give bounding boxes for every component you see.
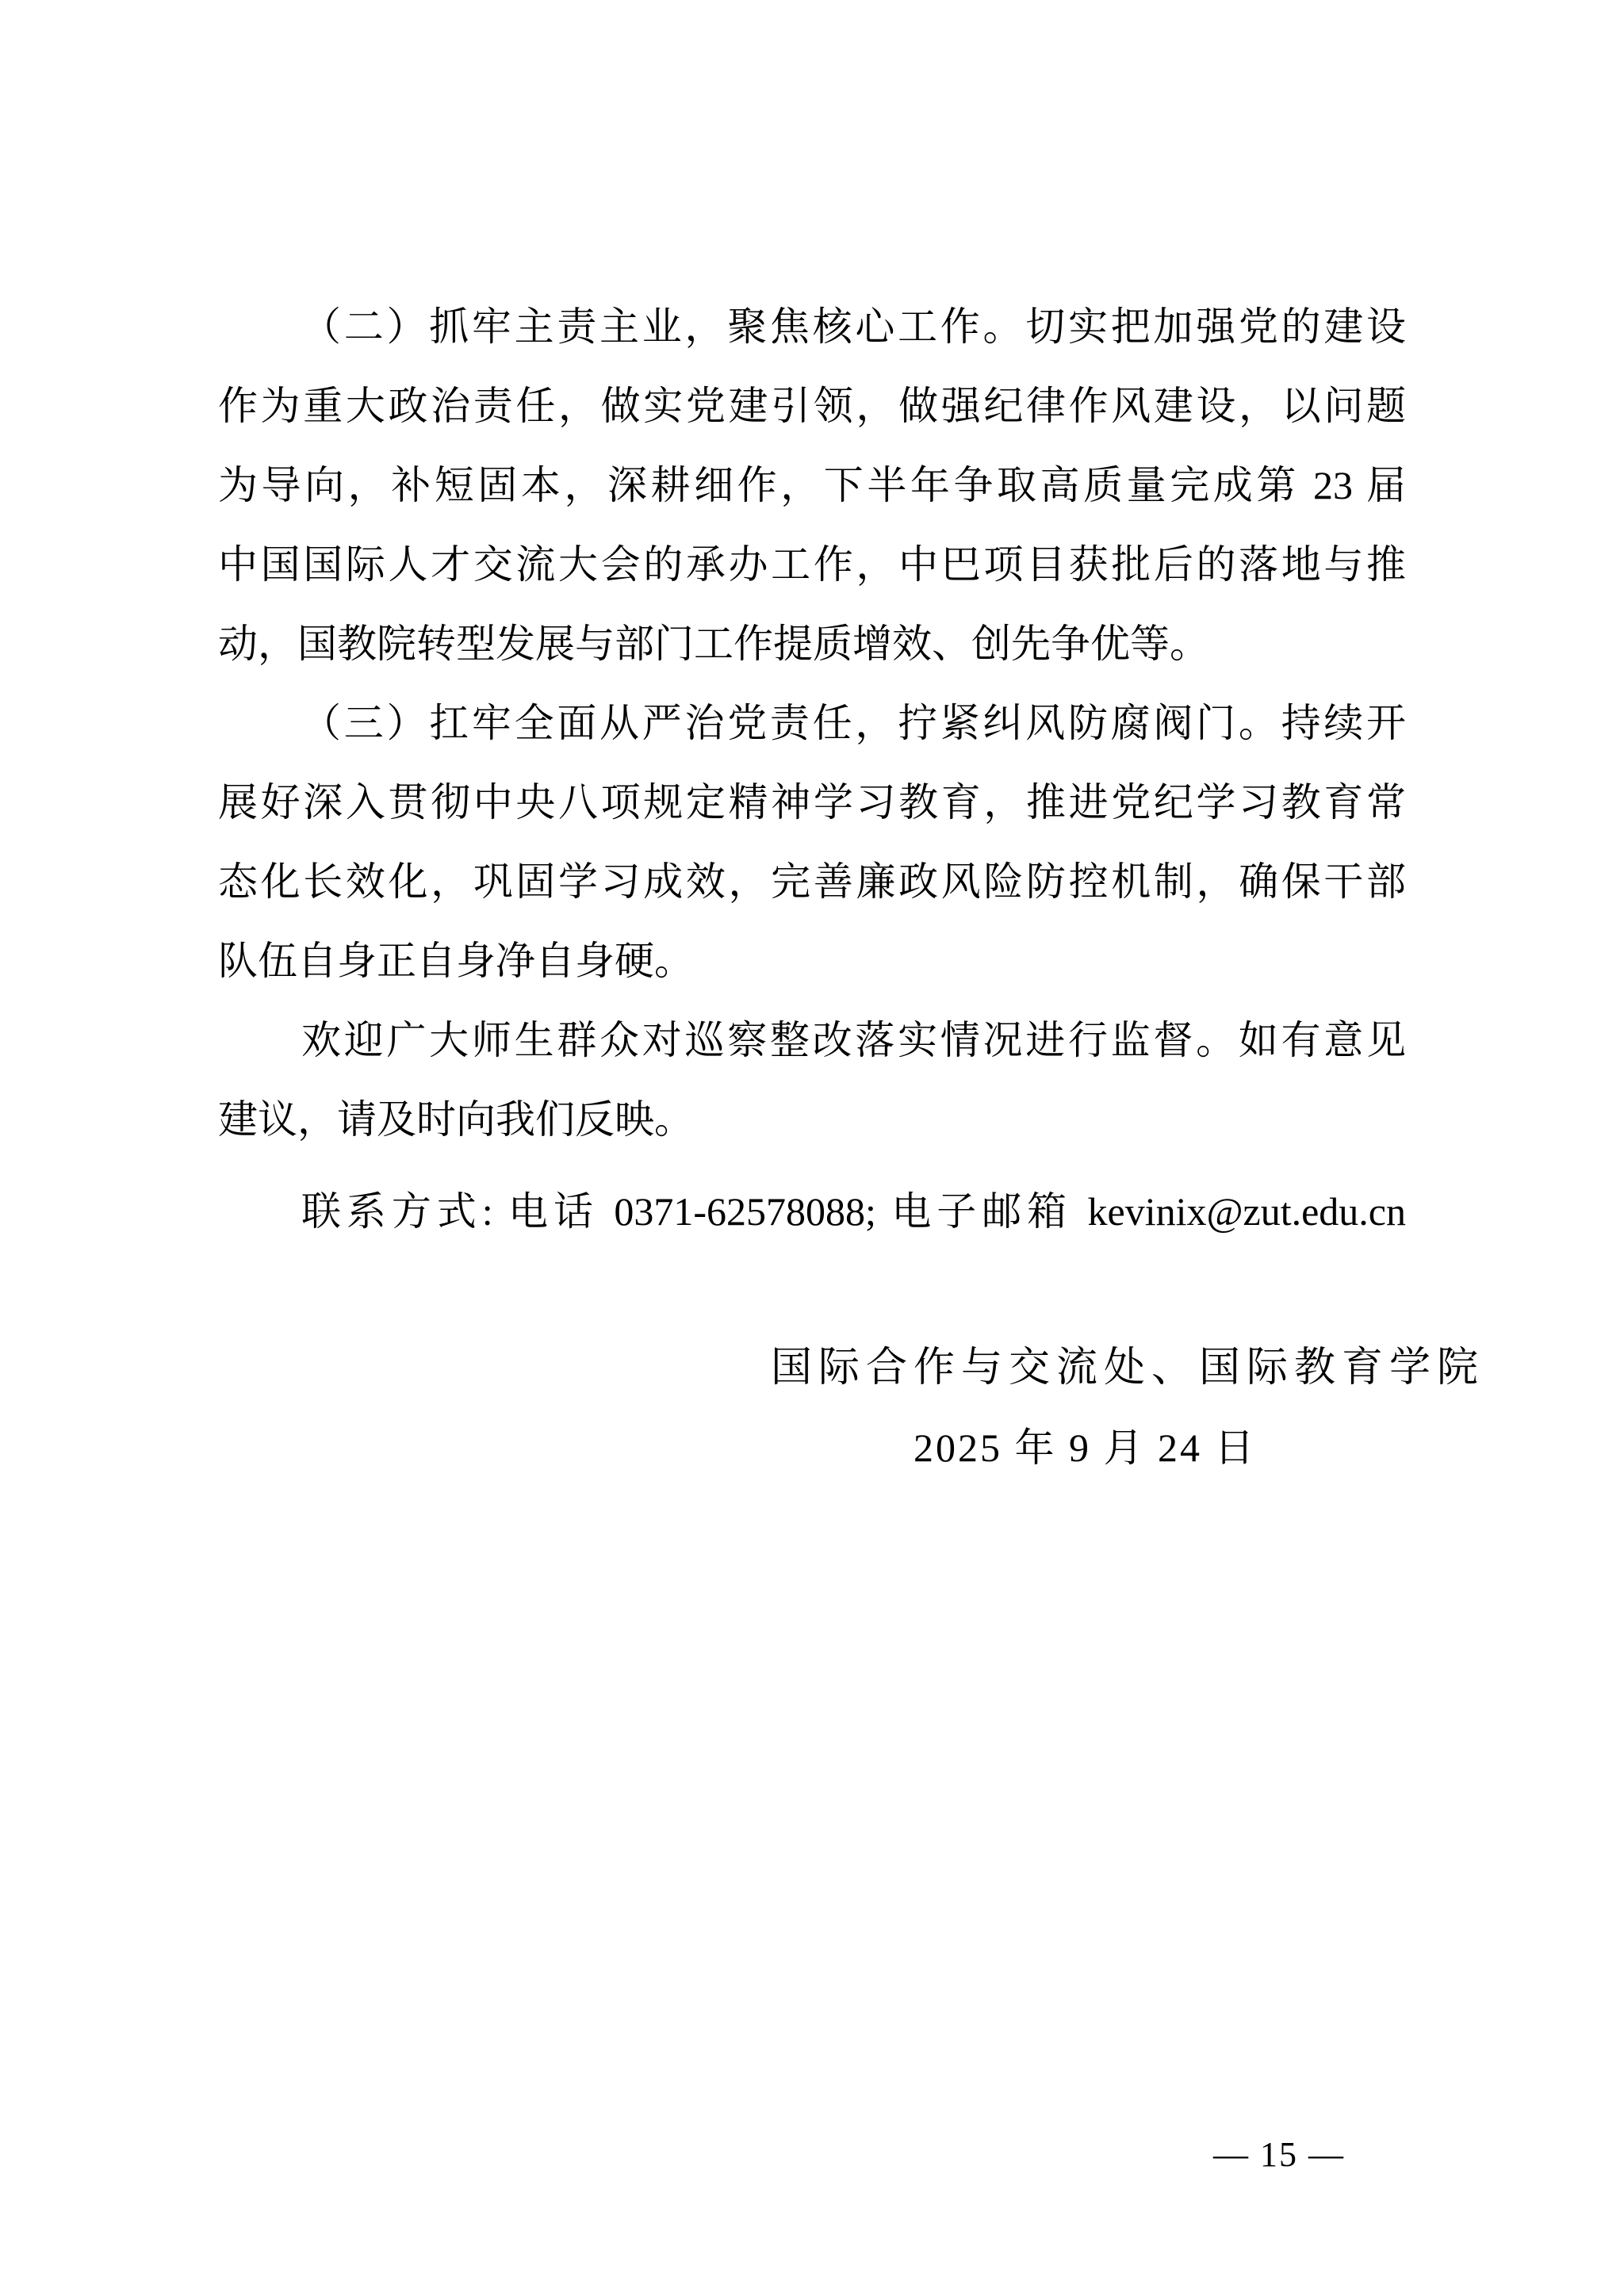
paragraph-3-heading: （三）扛牢全面从严治党责任，拧紧纠风防腐阀门。: [301, 701, 1281, 745]
paragraph-2-line-2: 作为重大政治责任，做实党建引领，做强纪律作风建设，以问题: [218, 366, 1406, 446]
document-page: （二）抓牢主责主业，聚焦核心工作。切实把加强党的建设 作为重大政治责任，做实党建…: [0, 0, 1624, 2296]
paragraph-2-heading: （二）抓牢主责主业，聚焦核心工作。: [301, 304, 1025, 349]
paragraph-2-line-5: 动，国教院转型发展与部门工作提质增效、创先争优等。: [218, 604, 1406, 683]
feedback-line-1: 欢迎广大师生群众对巡察整改落实情况进行监督。如有意见: [218, 1001, 1406, 1080]
paragraph-3-line-4: 队伍自身正自身净自身硬。: [218, 921, 1406, 1001]
document-body: （二）抓牢主责主业，聚焦核心工作。切实把加强党的建设 作为重大政治责任，做实党建…: [218, 287, 1406, 1251]
paragraph-3-line-1-text: 持续开: [1281, 701, 1406, 745]
contact-info-line: 联系方式: 电话 0371-62578088; 电子邮箱 kevinix@zut…: [218, 1172, 1406, 1251]
feedback-line-2: 建议，请及时向我们反映。: [218, 1080, 1406, 1159]
signature-department: 国际合作与交流处、国际教育学院: [771, 1329, 1484, 1408]
page-number: — 15 —: [1213, 2134, 1345, 2175]
paragraph-3-line-1: （三）扛牢全面从严治党责任，拧紧纠风防腐阀门。持续开: [218, 683, 1406, 763]
paragraph-3-line-3: 态化长效化，巩固学习成效，完善廉政风险防控机制，确保干部: [218, 842, 1406, 921]
paragraph-2-line-3: 为导向，补短固本，深耕细作，下半年争取高质量完成第 23 届: [218, 446, 1406, 525]
paragraph-2-line-1: （二）抓牢主责主业，聚焦核心工作。切实把加强党的建设: [218, 287, 1406, 366]
paragraph-2-line-4: 中国国际人才交流大会的承办工作，中巴项目获批后的落地与推: [218, 525, 1406, 604]
paragraph-3-line-2: 展好深入贯彻中央八项规定精神学习教育，推进党纪学习教育常: [218, 763, 1406, 842]
paragraph-2-line-1-text: 切实把加强党的建设: [1025, 304, 1406, 349]
signature-date: 2025 年 9 月 24 日: [913, 1408, 1257, 1487]
